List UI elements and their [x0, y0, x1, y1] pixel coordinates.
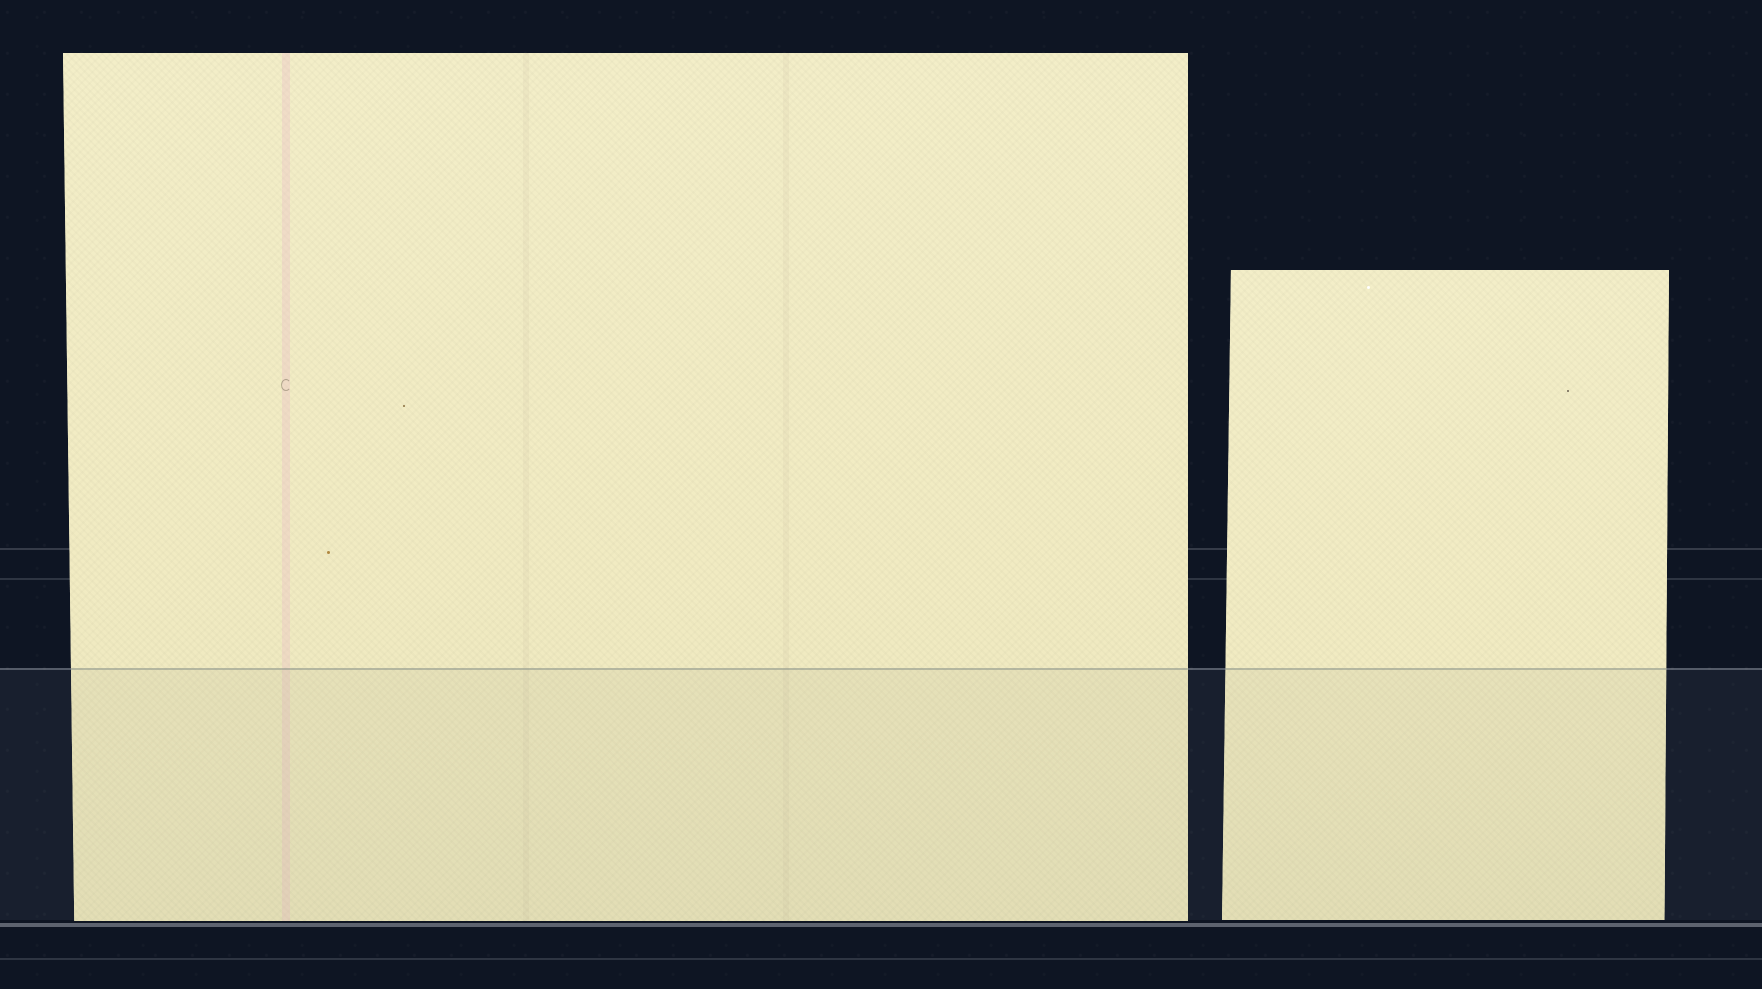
large-stamp-sheet-back	[63, 53, 1188, 921]
under-strip-area	[1222, 668, 1669, 920]
stain-speck	[327, 551, 330, 554]
hinge-mark	[281, 379, 291, 391]
small-stamp-sheet-back	[1222, 270, 1669, 920]
stain-speck	[1567, 390, 1569, 392]
stain-speck	[403, 405, 405, 407]
strip-edge-bottom	[0, 923, 1762, 927]
strip-edge-lower	[0, 958, 1762, 960]
stain-speck	[1367, 286, 1370, 289]
under-strip-area	[63, 668, 1188, 921]
strip-edge-over-sheet	[1222, 668, 1669, 670]
strip-edge-over-sheet	[63, 668, 1188, 670]
